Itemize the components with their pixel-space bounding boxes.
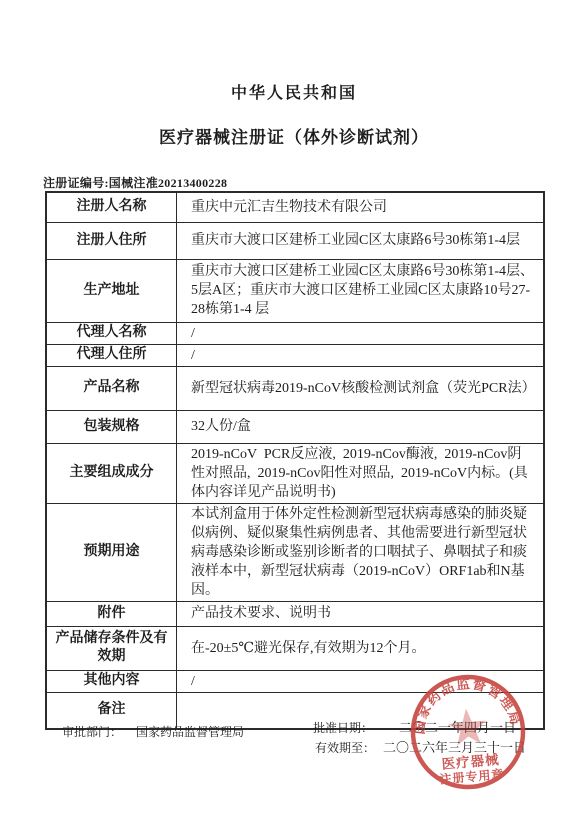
table-row: 代理人名称 / [46,322,544,344]
row-label: 注册人名称 [46,192,177,222]
row-label: 生产地址 [46,259,177,322]
table-row: 附件 产品技术要求、说明书 [46,601,544,626]
approval-department-value: 国家药品监督管理局 [136,725,244,739]
table-row: 生产地址 重庆市大渡口区建桥工业园C区太康路6号30栋第1-4层、5层A区；重庆… [46,259,544,322]
table-row: 预期用途 本试剂盒用于体外定性检测新型冠状病毒感染的肺炎疑似病例、疑似聚集性病例… [46,503,544,601]
row-value: 本试剂盒用于体外定性检测新型冠状病毒感染的肺炎疑似病例、疑似聚集性病例患者、其他… [177,503,545,601]
row-value: 产品技术要求、说明书 [177,601,545,626]
certificate-title: 医疗器械注册证（体外诊断试剂） [0,123,588,148]
row-value: / [177,322,545,344]
table-row: 主要组成成分 2019-nCoV PCR反应液, 2019-nCov酶液, 20… [46,443,544,503]
valid-until-label: 有效期至： [315,741,375,755]
row-value: 新型冠状病毒2019-nCoV核酸检测试剂盒（荧光PCR法） [177,366,545,410]
row-label: 主要组成成分 [46,443,177,503]
row-label: 附件 [46,601,177,626]
valid-until-line: 有效期至：二〇二六年三月三十一日 [315,741,526,755]
row-label: 代理人住所 [46,344,177,366]
row-label: 备注 [46,692,177,729]
row-label: 注册人住所 [46,222,177,259]
row-value: / [177,344,545,366]
approval-department-line: 审批部门：国家药品监督管理局 [62,725,244,739]
row-label: 其他内容 [46,670,177,692]
row-value: 在-20±5℃避光保存,有效期为12个月。 [177,626,545,670]
row-value: / [177,670,545,692]
table-row: 其他内容 / [46,670,544,692]
registration-number: 注册证编号:国械注准20213400228 [43,174,227,191]
row-value: 2019-nCoV PCR反应液, 2019-nCov酶液, 2019-nCov… [177,443,545,503]
row-label: 产品名称 [46,366,177,410]
certificate-page: 中华人民共和国 医疗器械注册证（体外诊断试剂） 注册证编号:国械注准202134… [0,0,588,826]
row-value: 重庆市大渡口区建桥工业园C区太康路6号30栋第1-4层、5层A区；重庆市大渡口区… [177,259,545,322]
approve-date-line: 批准日期：二〇二一年四月一日 [313,721,516,735]
table-row: 代理人住所 / [46,344,544,366]
seal-line2: 注册专用章 [439,766,505,787]
row-value: 重庆市大渡口区建桥工业园C区太康路6号30栋第1-4层 [177,222,545,259]
certificate-table: 注册人名称 重庆中元汇吉生物技术有限公司 注册人住所 重庆市大渡口区建桥工业园C… [45,191,545,730]
table-row: 包装规格 32人份/盒 [46,410,544,443]
valid-until-value: 二〇二六年三月三十一日 [383,740,526,755]
row-label: 代理人名称 [46,322,177,344]
row-value: 重庆中元汇吉生物技术有限公司 [177,192,545,222]
approval-department-label: 审批部门： [62,725,122,739]
table-row: 产品名称 新型冠状病毒2019-nCoV核酸检测试剂盒（荧光PCR法） [46,366,544,410]
approve-date-value: 二〇二一年四月一日 [399,720,516,735]
country-title: 中华人民共和国 [0,80,588,103]
row-label: 预期用途 [46,503,177,601]
approve-date-label: 批准日期： [313,721,373,735]
row-value: 32人份/盒 [177,410,545,443]
table-row: 产品储存条件及有效期 在-20±5℃避光保存,有效期为12个月。 [46,626,544,670]
table-row: 注册人名称 重庆中元汇吉生物技术有限公司 [46,192,544,222]
row-label: 产品储存条件及有效期 [46,626,177,670]
row-label: 包装规格 [46,410,177,443]
table-row: 注册人住所 重庆市大渡口区建桥工业园C区太康路6号30栋第1-4层 [46,222,544,259]
